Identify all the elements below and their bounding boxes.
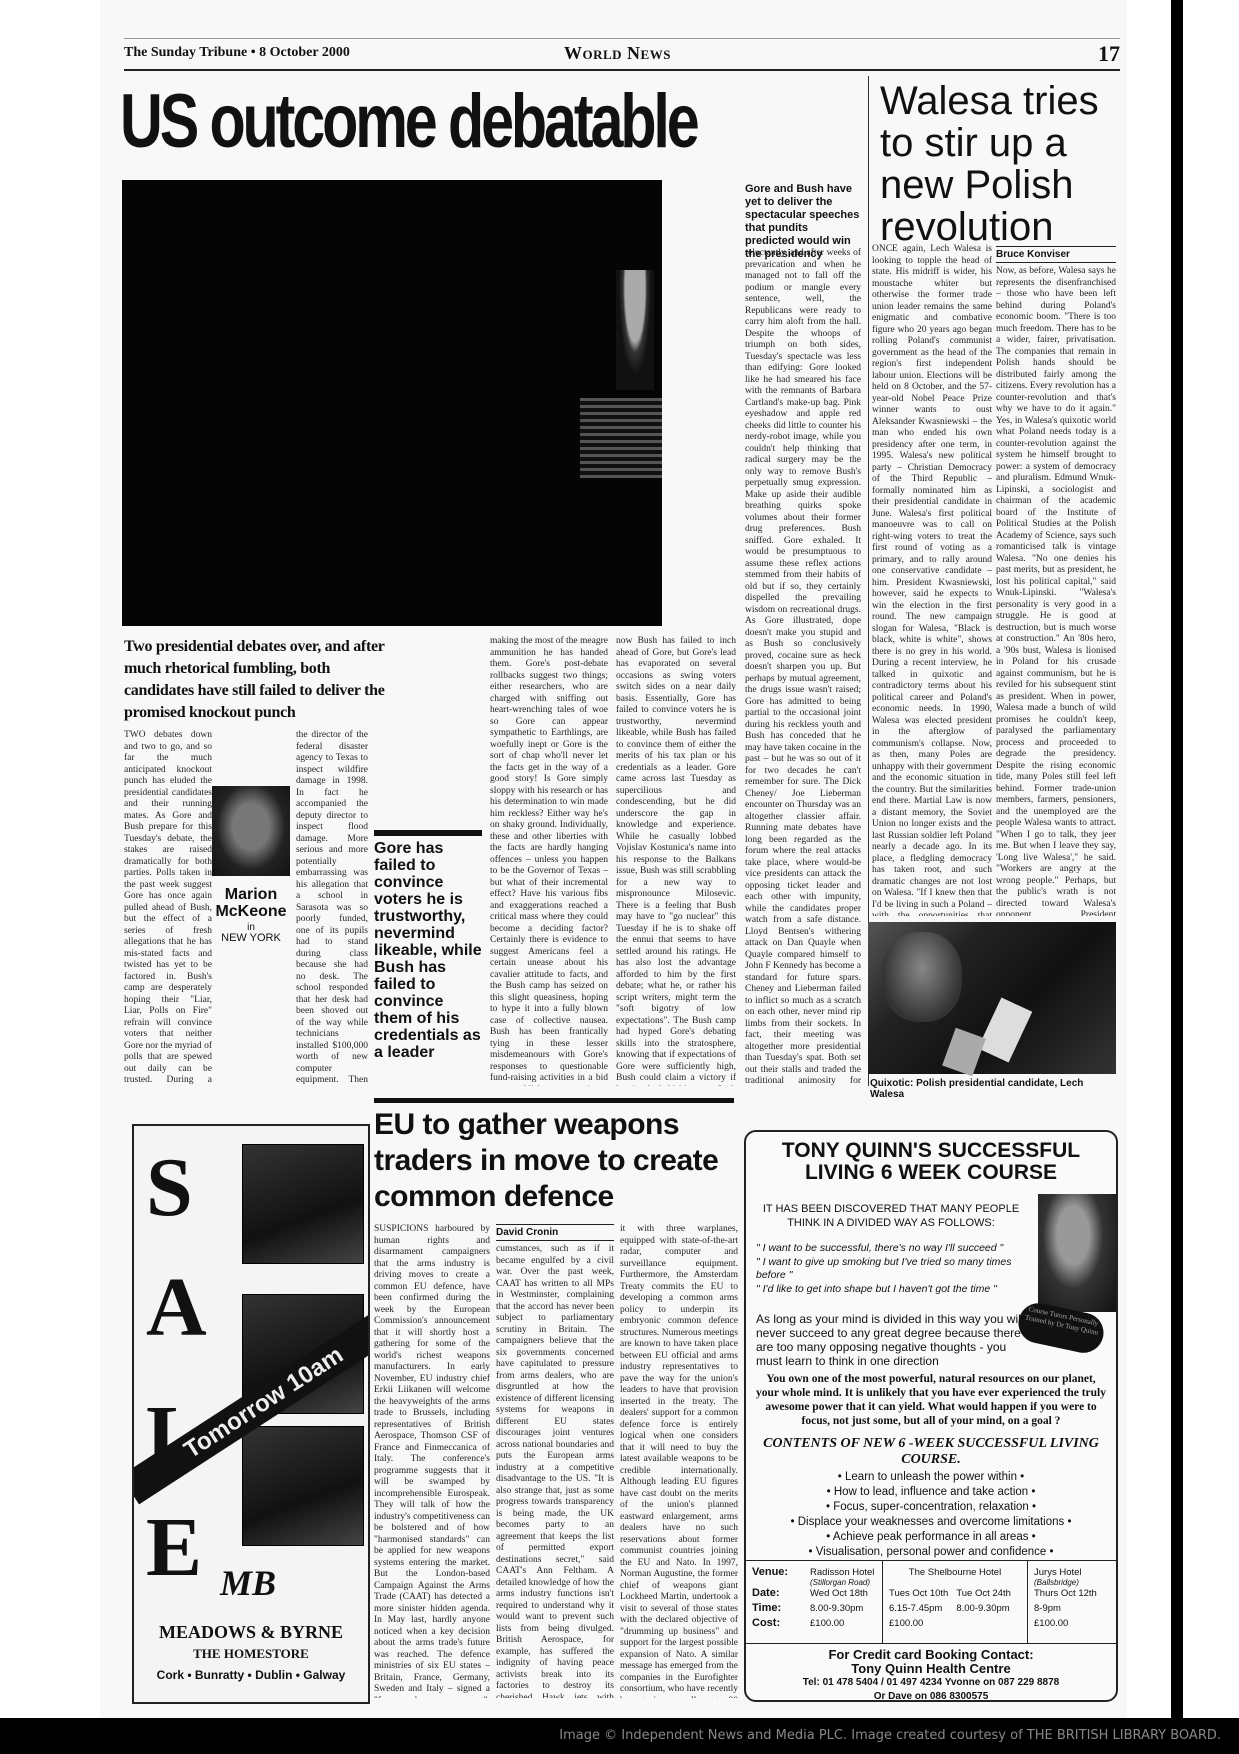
quote: " I want to give up smoking but I've tri…	[756, 1256, 1026, 1283]
candidate-figure	[616, 270, 654, 390]
contact-name: Tony Quinn Health Centre	[746, 1662, 1116, 1676]
debate-photo	[122, 180, 662, 626]
byline-location: NEW YORK	[204, 933, 298, 944]
story-dek: Two presidential debates over, and after…	[124, 636, 389, 724]
page-number: 17	[1098, 41, 1120, 67]
main-story-column-4: now Bush has failed to inch ahead of Gor…	[616, 636, 736, 1086]
course-body: As long as your mind is divided in this …	[756, 1312, 1026, 1368]
time: 8.00-9.30pm	[956, 1601, 1011, 1616]
masthead: The Sunday Tribune • 8 October 2000 Worl…	[124, 38, 1120, 71]
contents-item: • Visualisation, personal power and conf…	[754, 1545, 1108, 1560]
sale-letter-s: S	[146, 1146, 193, 1230]
page-edge	[1171, 0, 1183, 1720]
date: Wed Oct 18th	[810, 1586, 876, 1601]
cost: £100.00	[889, 1616, 1021, 1631]
booking-contact: For Credit card Booking Contact: Tony Qu…	[746, 1648, 1116, 1704]
eu-column-2: cumstances, such as if it became engulfe…	[496, 1244, 614, 1698]
contents-item: • Learn to unleash the power within •	[754, 1470, 1108, 1485]
label-venue: Venue:	[752, 1565, 798, 1580]
main-story-column-3: making the most of the meagre ammunition…	[490, 636, 608, 1086]
section-title: World News	[564, 43, 671, 64]
main-story-column-1: TWO debates down and two to go, and so f…	[124, 730, 212, 1086]
course-intro: IT HAS BEEN DISCOVERED THAT MANY PEOPLE …	[756, 1202, 1026, 1230]
walesa-column-2: Now, as before, Walesa says he represent…	[996, 266, 1116, 916]
date: Tue Oct 24th	[956, 1586, 1011, 1601]
main-headline: US outcome debatable	[120, 82, 697, 162]
venue-shelbourne: The Shelbourne Hotel	[889, 1565, 1021, 1580]
walesa-photo	[868, 922, 1116, 1074]
tableware-image	[242, 1426, 364, 1546]
sale-letter-a: A	[146, 1266, 207, 1350]
contents-item: • Achieve peak performance in all areas …	[754, 1530, 1108, 1545]
contents-item: • How to lead, influence and take action…	[754, 1485, 1108, 1500]
author-location: in NEW YORK	[204, 922, 298, 944]
meadows-byrne-logo: MB	[218, 1562, 278, 1604]
time: 6.15-7.45pm	[889, 1601, 948, 1616]
author-photo	[212, 786, 290, 876]
label-cost: Cost:	[752, 1616, 798, 1631]
course-title-line-2: LIVING 6 WEEK COURSE	[746, 1162, 1116, 1184]
shelbourne-sessions: Tues Oct 10th6.15-7.45pm Tue Oct 24th8.0…	[889, 1586, 1021, 1616]
date: Tues Oct 10th	[889, 1586, 948, 1601]
course-pitch: You own one of the most powerful, natura…	[754, 1372, 1108, 1428]
store-locations: Cork • Bunratty • Dublin • Galway	[134, 1668, 368, 1682]
microphone	[978, 997, 1032, 1062]
course-advertisement: TONY QUINN'S SUCCESSFUL LIVING 6 WEEK CO…	[744, 1130, 1118, 1702]
tony-quinn-photo	[1038, 1194, 1116, 1312]
main-story-column-2: the director of the federal disaster age…	[296, 730, 368, 1086]
pull-quote-mid: Gore has failed to convince voters he is…	[374, 830, 482, 1061]
walesa-face	[882, 932, 962, 1022]
session-1: Tues Oct 10th6.15-7.45pm	[889, 1586, 948, 1616]
contents-list: • Learn to unleash the power within • • …	[754, 1470, 1108, 1560]
contact-alt-phone: Or Dave on 086 8300575	[746, 1690, 1116, 1704]
contact-phone: Tel: 01 478 5404 / 01 497 4234 Yvonne on…	[746, 1676, 1116, 1690]
contents-item: • Displace your weaknesses and overcome …	[754, 1515, 1108, 1530]
radisson-column: Radisson Hotel (Stillorgan Road) Wed Oct…	[804, 1561, 882, 1643]
contents-item: • Focus, super-concentration, relaxation…	[754, 1500, 1108, 1515]
image-credit: Image © Independent News and Media PLC. …	[0, 1718, 1239, 1754]
schedule-labels: Venue: Date: Time: Cost:	[746, 1561, 804, 1643]
brand-tagline: THE HOMESTORE	[134, 1646, 368, 1662]
quote: " I want to be successful, there's no wa…	[756, 1242, 1026, 1256]
contact-heading: For Credit card Booking Contact:	[746, 1648, 1116, 1662]
jurys-column: Jurys Hotel (Ballsbridge) Thurs Oct 12th…	[1028, 1561, 1116, 1643]
podium	[580, 398, 662, 478]
walesa-headline: Walesa tries to stir up a new Polish rev…	[880, 80, 1120, 248]
main-story-column-5: reluctantly, and after weeks of prevaric…	[745, 248, 861, 1086]
eu-column-3: it with three warplanes, equipped with s…	[620, 1224, 738, 1698]
publication-date: The Sunday Tribune • 8 October 2000	[124, 45, 350, 61]
brand-name: MEADOWS & BYRNE	[134, 1622, 368, 1643]
quote: " I'd like to get into shape but I haven…	[756, 1283, 1026, 1297]
session-2: Tue Oct 24th8.00-9.30pm	[956, 1586, 1011, 1616]
eu-column-1: SUSPICIONS harboured by human rights and…	[374, 1224, 490, 1698]
cost: £100.00	[810, 1616, 876, 1631]
course-title: TONY QUINN'S SUCCESSFUL LIVING 6 WEEK CO…	[746, 1140, 1116, 1184]
date: Thurs Oct 12th	[1034, 1586, 1110, 1601]
label-time: Time:	[752, 1601, 798, 1616]
time: 8-9pm	[1034, 1601, 1110, 1616]
eu-headline: EU to gather weapons traders in move to …	[374, 1098, 734, 1215]
course-quotes: " I want to be successful, there's no wa…	[756, 1242, 1026, 1296]
course-title-line-1: TONY QUINN'S SUCCESSFUL	[746, 1140, 1116, 1162]
author-name: Marion McKeone	[204, 886, 298, 920]
eu-byline: David Cronin	[496, 1224, 614, 1241]
walesa-byline: Bruce Konviser	[996, 246, 1116, 263]
glassware-image	[242, 1144, 364, 1264]
sale-advertisement: S A L E Tomorrow 10am MB MEADOWS & BYRNE…	[132, 1124, 370, 1704]
photo-caption: Quixotic: Polish presidential candidate,…	[870, 1078, 1120, 1100]
shelbourne-column: The Shelbourne Hotel Tues Oct 10th6.15-7…	[882, 1561, 1028, 1643]
microphone	[942, 1028, 986, 1077]
contents-title: CONTENTS OF NEW 6 -WEEK SUCCESSFUL LIVIN…	[754, 1436, 1108, 1468]
walesa-column-1: ONCE again, Lech Walesa is looking to to…	[872, 244, 992, 916]
schedule-table: Venue: Date: Time: Cost: Radisson Hotel …	[746, 1560, 1116, 1644]
cost: £100.00	[1034, 1616, 1110, 1631]
label-date: Date:	[752, 1586, 798, 1601]
time: 8.00-9.30pm	[810, 1601, 876, 1616]
sale-letter-e: E	[146, 1506, 202, 1590]
